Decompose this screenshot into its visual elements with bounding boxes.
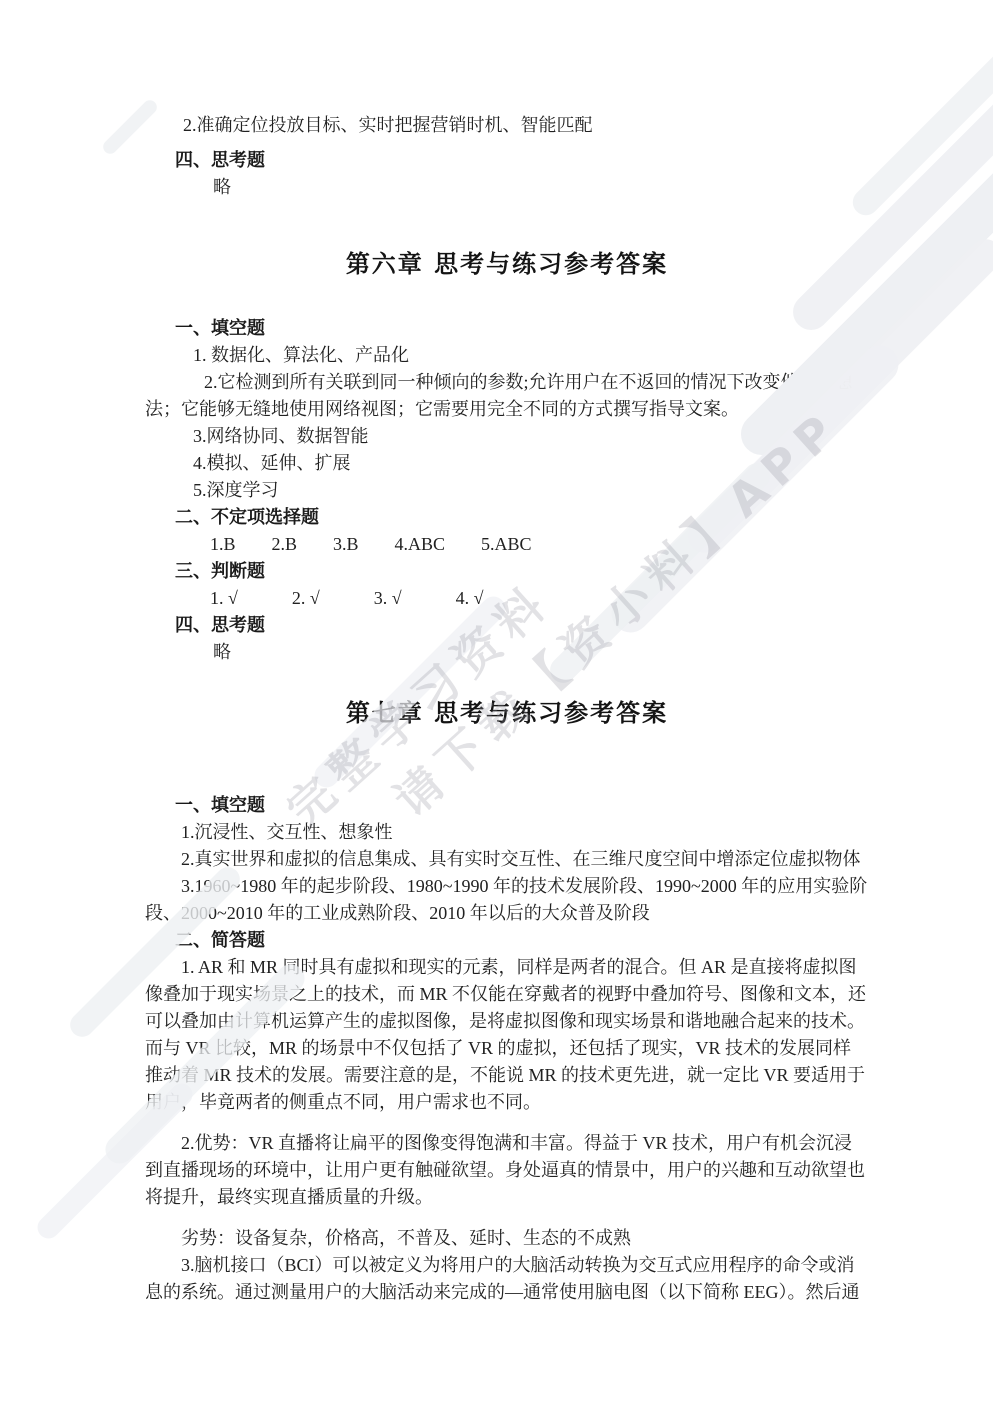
chapter7-answer-paragraph-1: 1. AR 和 MR 同时具有虚拟和现实的元素，同样是两者的混合。但 AR 是直…	[145, 954, 869, 1116]
chapter6-section4-answer: 略	[213, 639, 869, 666]
chapter7-answer-paragraph-2: 2.优势：VR 直播将让扁平的图像变得饱满和丰富。得益于 VR 技术，用户有机会…	[145, 1130, 869, 1211]
chapter6-section2-heading: 二、不定项选择题	[175, 504, 869, 531]
chapter7-section2-heading: 二、简答题	[175, 927, 869, 954]
chapter6-section1-item: 1. 数据化、算法化、产品化	[193, 342, 869, 369]
chapter7-section1-heading: 一、填空题	[175, 792, 869, 819]
prev-chapter-section4-answer: 略	[213, 174, 869, 201]
chapter6-section1-item: 3.网络协同、数据智能	[193, 423, 869, 450]
chapter6-section1-heading: 一、填空题	[175, 315, 869, 342]
chapter6-section1-item: 2.它检测到所有关联到同一种倾向的参数;允许用户在不返回的情况下改变他们的想法；…	[145, 369, 869, 423]
document-page: 完整学习资料 请下载【资小料】APP 2.准确定位投放目标、实时把握营销时机、智…	[0, 0, 993, 1404]
chapter7-answer-paragraph-4: 3.脑机接口（BCI）可以被定义为将用户的大脑活动转换为交互式应用程序的命令或消…	[145, 1252, 869, 1306]
chapter6-section2-answers: 1.B 2.B 3.B 4.ABC 5.ABC	[210, 531, 869, 558]
prev-chapter-section4-heading: 四、思考题	[175, 147, 869, 174]
chapter6-section1-item: 4.模拟、延伸、扩展	[193, 450, 869, 477]
chapter6-section3-heading: 三、判断题	[175, 558, 869, 585]
chapter7-section1-item: 2.真实世界和虚拟的信息集成、具有实时交互性、在三维尺度空间中增添定位虚拟物体	[145, 846, 869, 873]
chapter6-section3-answers: 1. √ 2. √ 3. √ 4. √	[210, 585, 869, 612]
prev-chapter-item: 2.准确定位投放目标、实时把握营销时机、智能匹配	[183, 112, 869, 139]
document-content: 2.准确定位投放目标、实时把握营销时机、智能匹配 四、思考题 略 第六章 思考与…	[0, 0, 993, 1306]
chapter6-section1-item: 5.深度学习	[193, 477, 869, 504]
chapter6-title: 第六章 思考与练习参考答案	[145, 247, 869, 281]
chapter7-answer-paragraph-3: 劣势：设备复杂，价格高，不普及、延时、生态的不成熟	[145, 1225, 869, 1252]
chapter6-section4-heading: 四、思考题	[175, 612, 869, 639]
chapter7-title: 第七章 思考与练习参考答案	[145, 696, 869, 730]
chapter7-section1-item: 1.沉浸性、交互性、想象性	[145, 819, 869, 846]
chapter7-section1-item: 3.1960~1980 年的起步阶段、1980~1990 年的技术发展阶段、19…	[145, 873, 869, 927]
